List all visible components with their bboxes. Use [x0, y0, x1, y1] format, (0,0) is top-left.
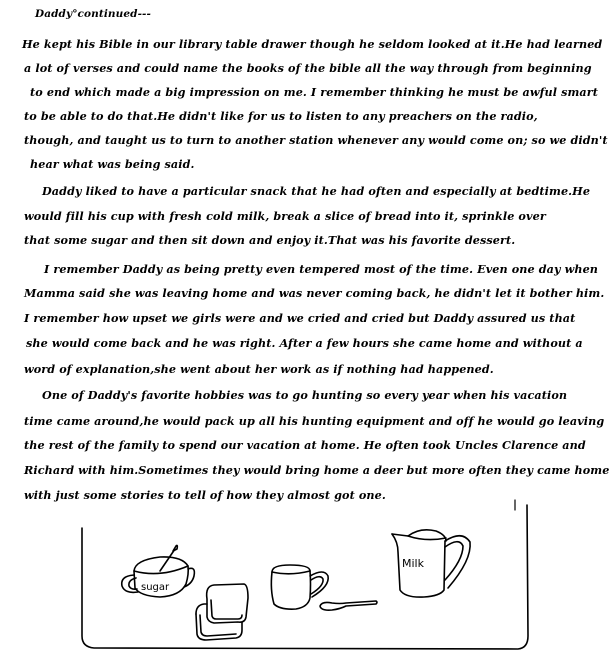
sugar-label: sugar — [141, 582, 170, 593]
bread-slices-icon — [196, 584, 248, 640]
spoon-icon — [320, 601, 377, 610]
sugar-bowl-icon: sugar — [122, 545, 195, 597]
illustration-frame — [82, 505, 528, 649]
cup-icon — [271, 565, 328, 609]
milk-pitcher-icon: Milk — [392, 530, 470, 597]
document-page: Daddy°continued--- He kept his Bible in … — [0, 0, 615, 671]
snack-illustration: sugar Milk — [0, 0, 615, 671]
milk-label: Milk — [402, 557, 425, 570]
